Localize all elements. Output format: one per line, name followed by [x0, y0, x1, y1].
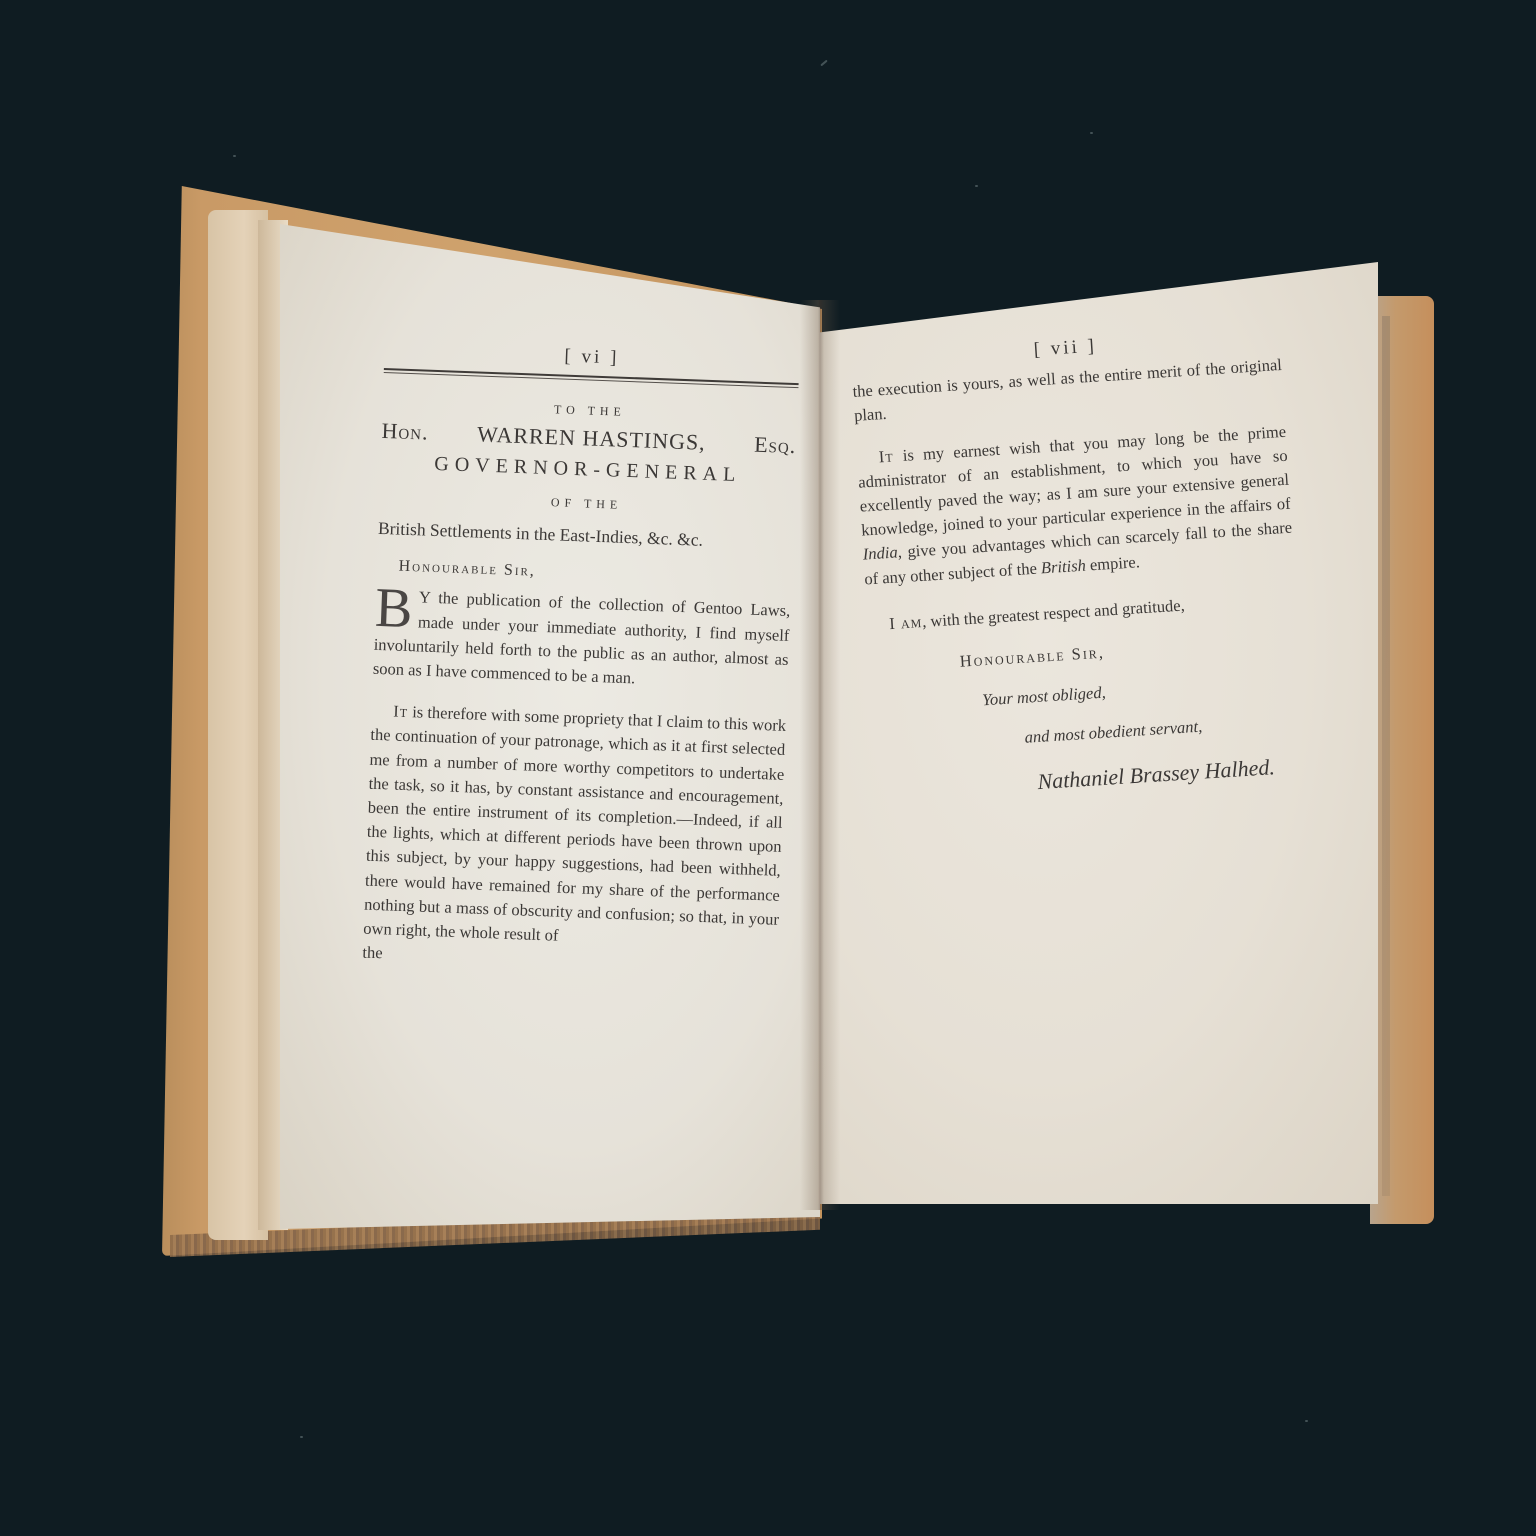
- left-page-text: [ vi ] TO THE Hon. WARREN HASTINGS, Esq.…: [362, 338, 800, 980]
- dust-speck: [1090, 132, 1093, 134]
- paragraph-1: BY the publication of the collection of …: [372, 584, 790, 696]
- right-page-text: [ vii ] the execution is yours, as well …: [850, 323, 1308, 804]
- closing-line: I am, with the greatest respect and grat…: [867, 586, 1298, 637]
- hon-prefix: Hon.: [381, 419, 429, 445]
- paragraph-1-text: Y the publication of the collection of G…: [373, 588, 791, 688]
- italic-india: India: [862, 543, 898, 564]
- right-paragraph-2-text-c: empire.: [1085, 552, 1140, 574]
- closing-obliged: Your most obliged,: [982, 669, 1303, 713]
- of-the: OF THE: [379, 484, 795, 523]
- esq: Esq.: [754, 433, 797, 459]
- book-cover-right: [1370, 296, 1434, 1224]
- closing-lead: I am: [889, 612, 923, 633]
- right-paragraph-2: It is my earnest wish that you may long …: [856, 419, 1294, 591]
- paragraph-2: It is therefore with some propriety that…: [362, 699, 786, 980]
- closing-servant: and most obedient servant,: [1024, 709, 1305, 751]
- settlements-line: British Settlements in the East-Indies, …: [378, 516, 794, 555]
- closing-salutation: Honourable Sir,: [959, 628, 1300, 674]
- italic-british: British: [1040, 555, 1086, 577]
- drop-cap: B: [374, 586, 413, 631]
- right-paragraph-2-lead: It: [878, 446, 894, 466]
- book-gutter: [800, 300, 840, 1210]
- dust-speck: [300, 1436, 303, 1438]
- paragraph-2-lead: It: [393, 702, 409, 722]
- dust-speck: [975, 185, 978, 187]
- paragraph-2-text: is therefore with some propriety that I …: [363, 702, 786, 944]
- closing-rest: , with the greatest respect and gratitud…: [922, 595, 1186, 630]
- dust-speck: [1305, 1420, 1308, 1422]
- dedicatee-name: WARREN HASTINGS,: [477, 423, 706, 456]
- dust-speck: [233, 155, 236, 157]
- dust-speck: [820, 60, 827, 67]
